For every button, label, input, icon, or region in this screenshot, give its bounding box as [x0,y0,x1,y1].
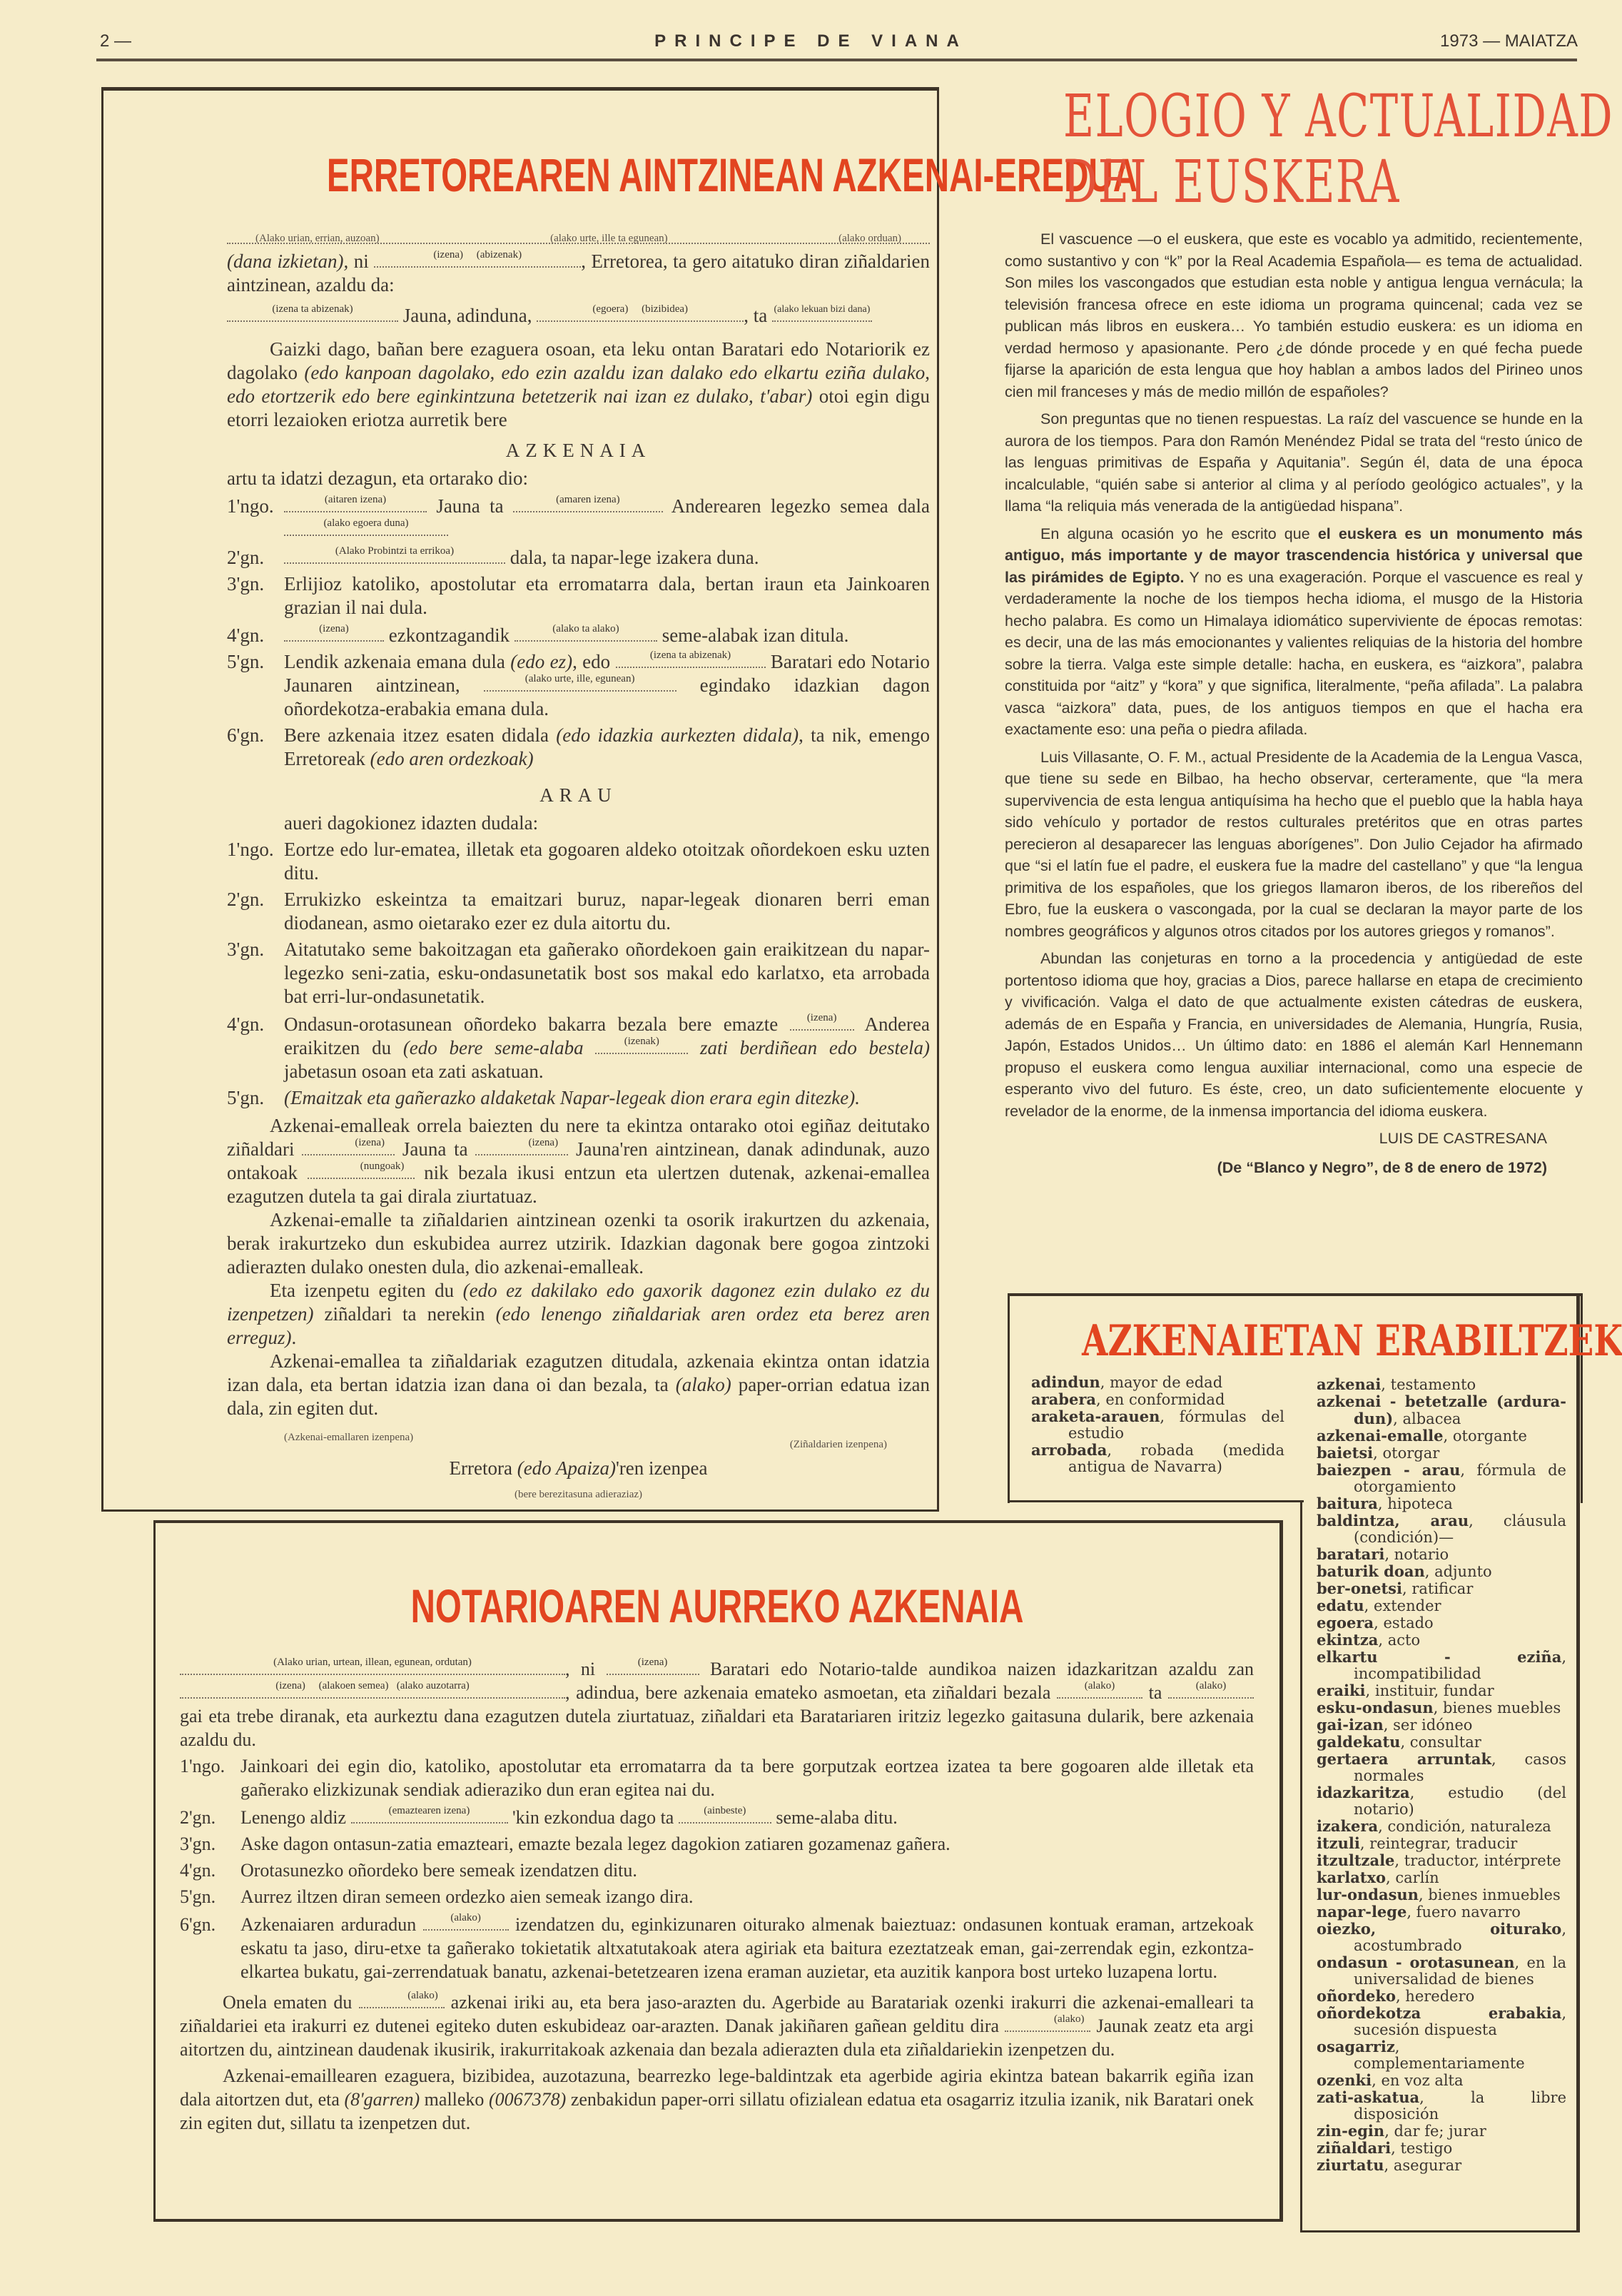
glossary-entry: gertaera arruntak, casos normales [1317,1751,1566,1784]
glossary-entry: baietsi, otorgar [1317,1445,1566,1462]
glossary-entry: ozenki, en voz alta [1317,2072,1566,2089]
glossary-title: AZKENAIETAN ERABILTZEKO ITZ [1082,1315,1508,1367]
glossary-entry: ondasun - orotasunean, en la universalid… [1317,1954,1566,1988]
glossary-entry: galdekatu, consultar [1317,1734,1566,1751]
glossary-entry: arabera, en conformidad [1031,1391,1284,1408]
glossary-entry: ber-onetsi, ratificar [1317,1580,1566,1597]
glossary-box-left [1300,1500,1302,2232]
azkenaia-item: 3'gn. Erlijioz katoliko, apostolutar eta… [227,572,930,619]
full-name-blank[interactable]: (izena ta abizenak) [227,308,398,322]
glossary-entry: egoera, estado [1317,1614,1566,1632]
arau-item: 5'gn.(Emaitzak eta gañerazko aldaketak N… [227,1086,930,1110]
arau-item: 1'ngo.Eortze edo lur-ematea, illetak eta… [227,838,930,885]
glossary-entry: arrobada, robada (medida antigua de Nava… [1031,1442,1284,1475]
glossary-entry: esku-ondasun, bienes muebles [1317,1699,1566,1716]
glossary-entry: itzuli, reintegrar, traducir [1317,1835,1566,1852]
glossary-entry: karlatxo, carlín [1317,1869,1566,1886]
glossary-entry: azkenai - betetzalle (ardura-dun), albac… [1317,1393,1566,1427]
glossary-entry: baiezpen - arau, fórmula de otorgamiento [1317,1462,1566,1495]
azkenaia-item: 4'gn. (izena) ezkontzagandik (alako ta a… [227,624,930,647]
notario-item: 1'ngo.Jainkoari dei egin dio, katoliko, … [180,1754,1254,1801]
glossary-entry: itzultzale, traductor, intérprete [1317,1852,1566,1869]
glossary-box-right [1576,1293,1580,2232]
heading-azkenaia: AZKENAIA [227,439,930,462]
signature-note: (bere berezitasuna adieraziaz) [227,1483,930,1507]
glossary-entry: ziñaldari, testigo [1317,2140,1566,2157]
elogio-article: ELOGIO Y ACTUALIDAD DEL EUSKERA [1063,84,1606,216]
witness-signature-label: (Ziñaldarien izenpena) [790,1433,887,1457]
intro-paragraph: Gaizki dago, bañan bere ezaguera osoan, … [227,338,930,432]
publication-title: PRINCIPE DE VIANA [0,31,1622,51]
glossary-col1: adindun, mayor de edad arabera, en confo… [1031,1374,1284,1475]
notario-date-blank[interactable]: (Alako urian, urtean, illean, egunean, o… [180,1661,565,1675]
elogio-source: (De “Blanco y Negro”, de 8 de enero de 1… [1005,1157,1583,1179]
erretorea-article: ERRETOREAREN AINTZINEAN AZKENAI-EREDUA [228,146,931,203]
notario-item: 4'gn.Orotasunezko oñordeko bere semeak i… [180,1858,1254,1882]
glossary-entry: elkartu - eziña, incompatibilidad [1317,1649,1566,1682]
notario-item: 5'gn.Aurrez iltzen diran semeen ordezko … [180,1885,1254,1908]
notario-item: 6'gn.Azkenaiaren arduradun (alako) izend… [180,1913,1254,1983]
glossary-entry: gai-izan, ser idóneo [1317,1716,1566,1734]
header-rule [96,59,1577,61]
glossary-entry: oñordekotza erabakia, sucesión dispuesta [1317,2005,1566,2038]
glossary-col2: azkenai, testamentoazkenai - betetzalle … [1317,1376,1566,2174]
residence-blank[interactable]: (alako lekuan bizi dana) [772,308,872,322]
testator-signature-label: (Azkenai-emallaren izenpena) [284,1426,413,1457]
witness1-blank[interactable]: (alako) [1057,1684,1142,1699]
witness-paragraph: Azkenai-emalleak orrela baiezten du nere… [227,1114,930,1208]
testator-blank[interactable]: (izena) (alakoen semea) (alako auzotarra… [180,1684,565,1699]
heading-arau: ARAU [227,784,930,807]
signing-paragraph: Eta izenpetu egiten du (edo ez dakilako … [227,1279,930,1350]
glossary-entry: adindun, mayor de edad [1031,1374,1284,1391]
state-occupation-blank[interactable]: (egoera) (bizibidea) [537,308,744,322]
glossary-entry: baitura, hipoteca [1317,1495,1566,1512]
arau-item: 3'gn.Aitatutako seme bakoitzagan eta gañ… [227,938,930,1008]
glossary-box-step [1008,1500,1304,1502]
witness2-blank[interactable]: (alako) [1168,1684,1254,1699]
notario-name-blank[interactable]: (izena) [607,1661,699,1675]
elogio-title-line1: ELOGIO Y ACTUALIDAD [1063,84,1454,150]
glossary-entry: napar-lege, fuero navarro [1317,1903,1566,1921]
notario-reading-paragraph: Onela ematen du (alako) azkenai iriki au… [180,1991,1254,2061]
erretorea-body: (Alako urian, errian, auzoan) (alako urt… [227,227,930,1507]
glossary-entry: edatu, extender [1317,1597,1566,1614]
glossary-entry: zati-askatua, la libre disposición [1317,2089,1566,2123]
erretorea-title: ERRETOREAREN AINTZINEAN AZKENAI-EREDUA [327,146,833,203]
elogio-body: El vascuence —o el euskera, que este es … [1005,228,1583,1178]
reading-paragraph: Azkenai-emalle ta ziñaldarien aintzinean… [227,1208,930,1279]
glossary-entry: azkenai-emalle, otorgante [1317,1427,1566,1445]
place-date-blank[interactable]: (Alako urian, errian, auzoan) (alako urt… [227,227,930,244]
glossary-box-bottom [1300,2230,1580,2232]
glossary-entry: oñordeko, heredero [1317,1988,1566,2005]
notario-closing-paragraph: Azkenai-emaillearen ezaguera, bizibidea,… [180,2064,1254,2135]
glossary-entry: ekintza, acto [1317,1632,1566,1649]
notario-item: 3'gn.Aske dagon ontasun-zatia emazteari,… [180,1832,1254,1856]
elogio-author: LUIS DE CASTRESANA [1005,1128,1583,1150]
glossary-entry: lur-ondasun, bienes inmuebles [1317,1886,1566,1903]
notario-body: (Alako urian, urtean, illean, egunean, o… [180,1650,1254,2135]
glossary-entry: araketa-arauen, fórmulas del estudio [1031,1408,1284,1442]
arau-item: 4'gn. Ondasun-orotasunean oñordeko bakar… [227,1013,930,1083]
glossary-entry: zin-egin, dar fe; jurar [1317,2123,1566,2140]
glossary-entry: baturik doan, adjunto [1317,1563,1566,1580]
glossary-entry: ziurtatu, asegurar [1317,2157,1566,2174]
arau-item: 2'gn.Errukizko eskeintza ta emaitzari bu… [227,888,930,935]
glossary-entry: izakera, condición, naturaleza [1317,1818,1566,1835]
glossary-entry: baratari, notario [1317,1546,1566,1563]
notario-title: NOTARIOAREN AURREKO AZKENAIA [324,1577,1110,1634]
glossary-entry: oiezko, oiturako, acostumbrado [1317,1921,1566,1954]
name-blank[interactable]: (izena) (abizenak) [374,253,581,268]
azkenaia-item: 6'gn. Bere azkenaia itzez esaten didala … [227,724,930,771]
oath-paragraph: Azkenai-emallea ta ziñaldariak ezagutzen… [227,1350,930,1420]
rector-signature-label: Erretora (edo Apaiza)'ren izenpea [227,1457,930,1480]
glossary-entry: idazkaritza, estudio (del notario) [1317,1784,1566,1818]
glossary-entry: eraiki, instituir, fundar [1317,1682,1566,1699]
notario-item: 2'gn.Lenengo aldiz (emaztearen izena) 'k… [180,1806,1254,1829]
issue-date: 1973 — MAIATZA [1440,31,1578,51]
glossary-entry: osagarriz, complementariamente [1317,2038,1566,2072]
elogio-title-line2: DEL EUSKERA [1063,150,1454,216]
glossary-entry: baldintza, arau, cláusula (condición)— [1317,1512,1566,1546]
azkenaia-item: 5'gn. Lendik azkenaia emana dula (edo ez… [227,650,930,721]
glossary-entry: azkenai, testamento [1317,1376,1566,1393]
azkenaia-item: 1'ngo. (aitaren izena) Jauna ta (amaren … [227,495,930,542]
azkenaia-item: 2'gn. (Alako Probintzi ta errikoa) dala,… [227,546,930,570]
